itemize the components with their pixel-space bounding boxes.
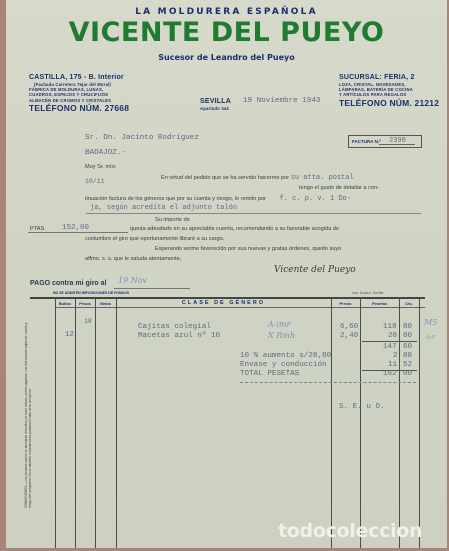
para2-line2: costumbre el giro que oportunamente libr… xyxy=(85,236,224,242)
subtotal-pesetas: 147 xyxy=(383,343,397,351)
side-conditions: CONDICIONES.—Los envases vacíos se abona… xyxy=(24,318,58,508)
row2-margin-note: o-r xyxy=(426,333,435,341)
header-netos: Netos xyxy=(95,301,116,306)
watermark: todocoleccion xyxy=(278,520,422,542)
row1-pesos: 18 xyxy=(84,318,92,325)
header-clase: CLASE DE GÉNERO xyxy=(116,300,331,306)
row-shipping-desc: Envase y conducción xyxy=(240,361,327,369)
company-name: VICENTE DEL PUEYO xyxy=(6,17,447,48)
row-surcharge-pesetas: 2 xyxy=(393,352,398,360)
para1-typed-b: f. c. p. v. 1 Do- xyxy=(280,195,351,203)
city: SEVILLA xyxy=(200,97,231,106)
total-label: TOTAL PESETAS xyxy=(240,370,299,378)
row1-precio: 6,60 xyxy=(340,323,358,331)
letter-date: 19 Noviembre 1943 xyxy=(243,97,320,105)
printer-credit: Imp. Suárez.-Sevilla xyxy=(352,291,383,295)
po-box: Apartado 344 xyxy=(200,106,231,111)
payment-notice: NO SE ADMITEN IMPOSICIONES DE FONDOS xyxy=(53,291,129,295)
para1-typed-a: su atta. postal xyxy=(291,174,354,182)
row-surcharge-cts: 88 xyxy=(403,352,412,360)
row1-pesetas: 118 xyxy=(383,323,397,331)
margin-note-date: 10/11 xyxy=(85,178,105,185)
payment-label: PAGO contra mi giro al xyxy=(30,280,107,287)
right-phone: TELÉFONO NÚM. 21212 xyxy=(339,98,439,109)
recipient-name: Sr. Dn. Jacinto Rodriguez xyxy=(85,134,199,142)
closing-seuo: S. E. u O. xyxy=(339,403,385,411)
header-pesos: Pesos xyxy=(75,301,95,306)
salutation: Muy Sr. mío: xyxy=(85,164,116,170)
row-shipping-cts: 52 xyxy=(403,361,412,369)
city-block: SEVILLA Apartado 344 xyxy=(200,97,231,111)
amount-value: 152,00 xyxy=(62,224,89,232)
row2-precio: 2,40 xyxy=(340,332,358,340)
table-header-rule xyxy=(55,307,425,308)
total-pesetas: 162 xyxy=(383,370,397,378)
amount-intro: Su importe de xyxy=(155,217,190,223)
para1-line2: tengo el gusto de detallar a con- xyxy=(299,185,379,191)
para3-line1: Esperando verme favorecido por sus nueva… xyxy=(155,246,341,252)
successor-line: Sucesor de Leandro del Pueyo xyxy=(6,53,447,62)
table-top-rule xyxy=(30,297,425,299)
header-bultos: Bultos xyxy=(55,301,75,306)
header-pesetas: Pesetas xyxy=(360,301,399,306)
row2-pencil-note: X Rmh xyxy=(268,331,295,340)
left-phone: TELÉFONO NÚM. 27668 xyxy=(29,103,129,114)
row2-pesetas: 28 xyxy=(388,332,397,340)
para1-line1: En virtud del pedido que se ha servido h… xyxy=(161,174,354,182)
left-street: CASTILLA, 175 - B. Interior xyxy=(29,73,129,82)
row1-desc: Cajitas colegial xyxy=(138,323,211,331)
invoice-number-box: FACTURA N.º 2390 xyxy=(348,135,422,148)
header-precio: Precio xyxy=(331,301,360,306)
right-branch: SUCURSAL: FERIA, 2 xyxy=(339,73,439,82)
left-address-block: CASTILLA, 175 - B. Interior (Fachada Car… xyxy=(29,73,129,114)
row1-margin-note: M5 xyxy=(424,318,437,327)
row2-desc: Macetas azul nº 10 xyxy=(138,332,220,340)
para1-line3: tinuación factura de los géneros que por… xyxy=(85,195,351,203)
para1-typed-c: ja, según acredita el adjunto talón xyxy=(90,204,237,212)
payment-date-handwritten: 19 Nov xyxy=(118,276,147,285)
recipient-city: BADAJOZ.- xyxy=(85,149,126,157)
para3-line2: affmo. s. s. que le saluda atentamente, xyxy=(85,256,181,262)
para2-line1: queda adeudado en su apreciable cuenta, … xyxy=(130,226,339,232)
total-underline xyxy=(240,382,416,383)
total-cts: 00 xyxy=(403,370,412,378)
company-tagline: LA MOLDURERA ESPAÑOLA xyxy=(6,7,447,17)
row2-cts: 80 xyxy=(403,332,412,340)
header-cts: Cts. xyxy=(399,301,419,306)
row1-bultos: 12 xyxy=(65,331,74,339)
payment-label-text: PAGO contra mi giro al xyxy=(30,280,107,287)
para1-text-c: tinuación factura de los géneros que por… xyxy=(85,196,266,202)
para1-text-a: En virtud del pedido que se ha servido h… xyxy=(161,175,289,181)
row-shipping-pesetas: 11 xyxy=(388,361,397,369)
row-surcharge-desc: 10 % aumento s/28,80 xyxy=(240,352,331,360)
right-address-block: SUCURSAL: FERIA, 2 LOZA, CRISTAL, NOVEDA… xyxy=(339,73,439,109)
subtotal-cts: 60 xyxy=(403,343,412,351)
row1-cts: 80 xyxy=(403,323,412,331)
invoice-label: FACTURA N.º xyxy=(352,139,381,144)
invoice-document: LA MOLDURERA ESPAÑOLA VICENTE DEL PUEYO … xyxy=(6,0,447,548)
row1-pencil-note: A-imr xyxy=(268,320,290,329)
signature: Vicente del Pueyo xyxy=(274,265,356,275)
